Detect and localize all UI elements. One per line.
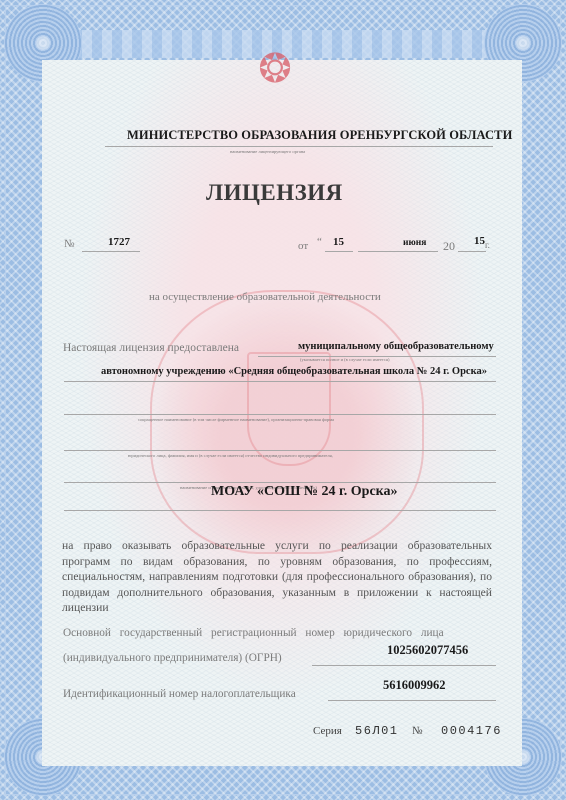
- ogrn-value: 1025602077456: [387, 643, 468, 658]
- date-year-suffix: 15: [474, 235, 485, 247]
- inn-value: 5616009962: [383, 678, 446, 693]
- coat-of-arms-icon: ❂: [253, 46, 297, 92]
- series-value: 56Л01: [355, 724, 399, 738]
- granted-to-label: Настоящая лицензия предоставлена: [63, 342, 239, 354]
- date-from-label: от: [298, 240, 308, 252]
- date-year-unit: г.: [485, 240, 490, 250]
- licensee-caption-1: (указывается полное и (в случае если име…: [300, 357, 390, 362]
- license-rights-text: на право оказывать образовательные услуг…: [62, 538, 492, 616]
- inn-label: Идентификационный номер налогоплательщик…: [63, 688, 296, 700]
- document-title: ЛИЦЕНЗИЯ: [206, 180, 343, 206]
- licensee-name-line2: автономному учреждению «Средняя общеобра…: [101, 366, 487, 377]
- license-number: 1727: [108, 236, 130, 248]
- licensed-activity: на осуществление образовательной деятель…: [149, 291, 381, 303]
- licensee-underline-2: [64, 381, 496, 382]
- ogrn-label-line2: (индивидуального предпринимателя) (ОГРН): [63, 652, 282, 664]
- authority-caption: наименование лицензирующего органа: [230, 149, 305, 154]
- licensee-caption-3: сокращенное наименование (в том числе фи…: [138, 417, 334, 422]
- date-year-prefix: 20: [443, 239, 455, 254]
- issuing-authority: МИНИСТЕРСТВО ОБРАЗОВАНИЯ ОРЕНБУРГСКОЙ ОБ…: [127, 128, 512, 143]
- day-underline: [325, 251, 353, 252]
- month-underline: [358, 251, 438, 252]
- number-label: №: [64, 238, 75, 250]
- year-underline: [458, 251, 486, 252]
- date-day: 15: [333, 236, 344, 248]
- blank-number-value: 0004176: [441, 724, 502, 738]
- licensee-short-name: МОАУ «СОШ № 24 г. Орска»: [211, 484, 398, 500]
- ogrn-label-line1: Основной государственный регистрационный…: [63, 627, 444, 639]
- licensee-name-line1: муниципальному общеобразовательному: [298, 341, 494, 352]
- inn-underline: [328, 700, 496, 701]
- date-month: июня: [403, 238, 426, 248]
- coat-of-arms-watermark-icon: [150, 290, 424, 554]
- number-underline: [82, 251, 140, 252]
- date-quote-open: “: [317, 236, 322, 248]
- series-label: Серия: [313, 725, 342, 737]
- short-name-underline: [64, 510, 496, 511]
- licensee-underline-5: [64, 482, 496, 483]
- licensee-underline-4: [64, 450, 496, 451]
- authority-underline: [105, 146, 493, 147]
- licensee-underline-3: [64, 414, 496, 415]
- licensee-caption-4: юридического лица, фамилия, имя и (в слу…: [128, 453, 333, 458]
- blank-number-label: №: [412, 725, 423, 737]
- ogrn-underline: [312, 665, 496, 666]
